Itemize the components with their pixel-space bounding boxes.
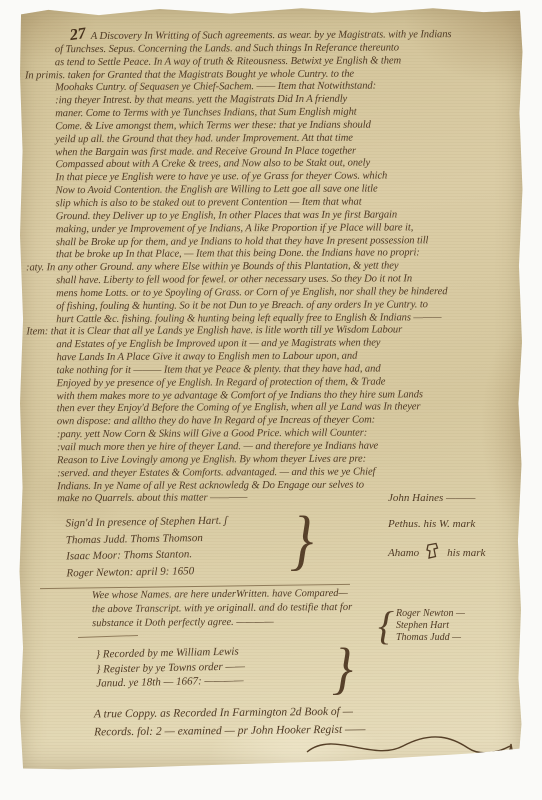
witness-block: Sign'd In presence of Stephen Hart. ʃTho… — [65, 513, 228, 582]
ahamo-name: Ahamo — [388, 547, 419, 559]
attestation-line: the above Transcript. with ye originall.… — [92, 601, 352, 617]
attestation-brace: { — [378, 602, 394, 649]
recording-brace: } — [332, 637, 353, 702]
ahamo-mark-label: his mark — [447, 547, 485, 559]
witness-brace: } — [290, 501, 313, 578]
signature-pethus-mark: Pethus. his W. mark — [388, 518, 475, 530]
attestation-signers: Roger Newton —Stephen HartThomas Judd — — [396, 608, 465, 643]
body-text: A Discovery In Writting of Such agreemen… — [55, 29, 519, 507]
manuscript-page: 27 A Discovery In Writting of Such agree… — [18, 6, 524, 770]
ink-blot-icon — [500, 742, 516, 767]
signature-flourish-icon — [303, 736, 513, 765]
attestation-text: Wee whose Names. are here underWritten. … — [92, 587, 353, 631]
ink-rule — [78, 635, 138, 638]
signature-john-haines: John Haines ——— — [388, 492, 475, 504]
ahamo-mark-icon — [425, 542, 441, 563]
recording-block: } Recorded by me William Lewis} Register… — [96, 644, 246, 691]
attestation-signer-line: Thomas Judd — — [396, 632, 465, 644]
attestation-signer-line: Roger Newton — — [396, 608, 465, 620]
attestation-line: substance it Doth perfectly agree. ———— — [92, 614, 352, 630]
recording-line: Janud. ye 18th — 1667: ———— — [96, 673, 245, 691]
attestation-signer-line: Stephen Hart — [396, 620, 465, 632]
signature-ahamo-mark: Ahamo his mark — [388, 542, 485, 563]
witness-line: Roger Newton: april 9: 1650 — [66, 562, 228, 581]
witness-line: Sign'd In presence of Stephen Hart. ʃ — [65, 513, 227, 532]
